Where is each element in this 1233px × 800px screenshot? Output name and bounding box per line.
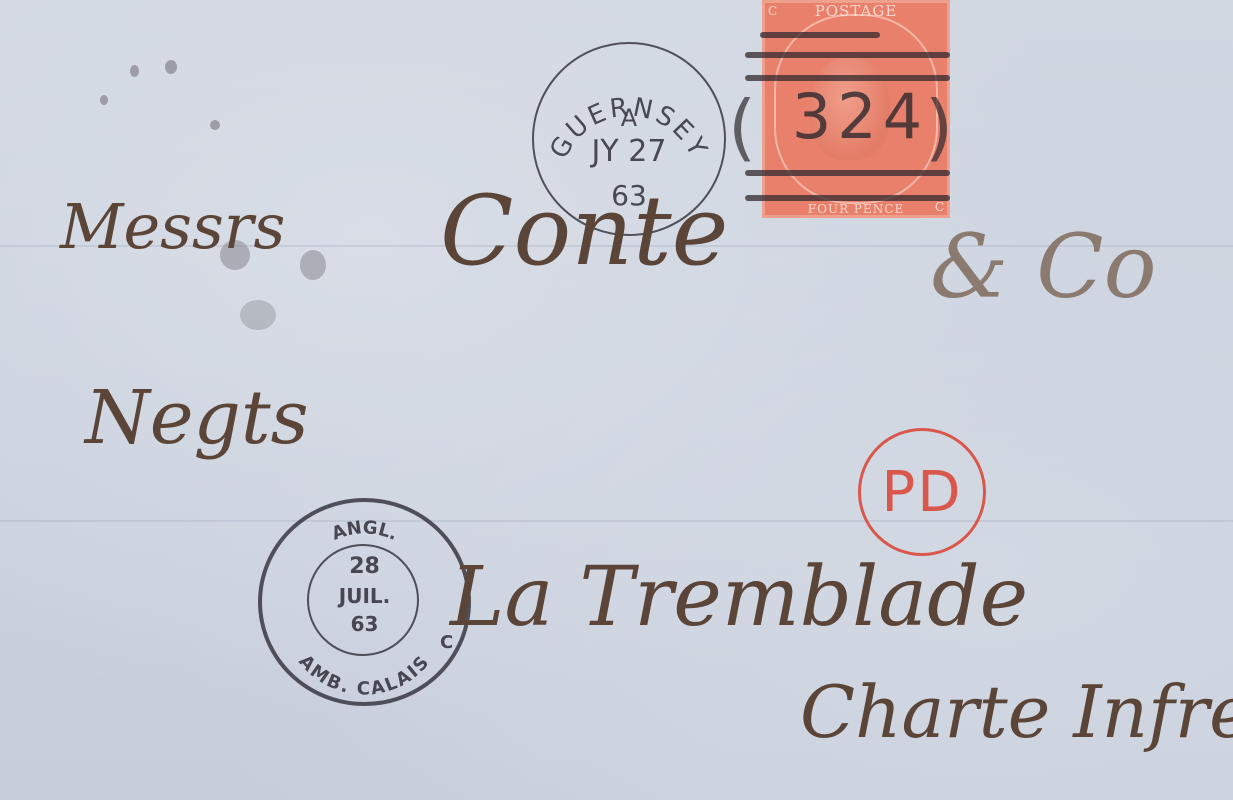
address-salutation: Messrs: [60, 190, 285, 263]
svg-text:ANGL.: ANGL.: [329, 517, 401, 545]
foxing-speck: [300, 250, 326, 280]
entry-month: JUIL.: [262, 584, 467, 608]
stamp-top-label: POSTAGE: [762, 2, 950, 20]
obliterator-bar: [760, 32, 880, 38]
foxing-speck: [130, 65, 139, 77]
obliterator-numeral: 324: [760, 80, 960, 153]
address-town: La Tremblade: [450, 550, 1028, 645]
obliterator-bracket: (: [728, 85, 756, 169]
envelope-cover: POSTAGE FOUR PENCE C C ( ) 324 GUERNSEY …: [0, 0, 1233, 800]
entry-day: 28: [262, 554, 467, 579]
calais-entry-mark: ANGL. AMB. CALAIS 28 JUIL. 63 C: [258, 498, 471, 706]
foxing-speck: [240, 300, 276, 330]
address-company-suffix: & Co: [930, 215, 1157, 318]
address-name: Conte: [440, 175, 728, 287]
address-occupation: Negts: [85, 375, 309, 461]
obliterator-bar: [745, 52, 950, 58]
foxing-speck: [165, 60, 177, 74]
entry-year: 63: [262, 612, 467, 636]
cancel-date: JY 27: [534, 134, 724, 169]
cancel-code: A: [534, 104, 724, 132]
foxing-speck: [100, 95, 108, 105]
obliterator-bar: [745, 170, 950, 176]
foxing-speck: [210, 120, 220, 130]
pd-paid-mark: PD: [858, 428, 986, 556]
svg-text:AMB. CALAIS: AMB. CALAIS: [294, 651, 434, 700]
obliterator-bar: [745, 195, 950, 201]
stamp-corner-letter: C: [768, 4, 777, 18]
paper-crease: [0, 520, 1233, 522]
address-department: Charte Infre: [800, 670, 1233, 754]
